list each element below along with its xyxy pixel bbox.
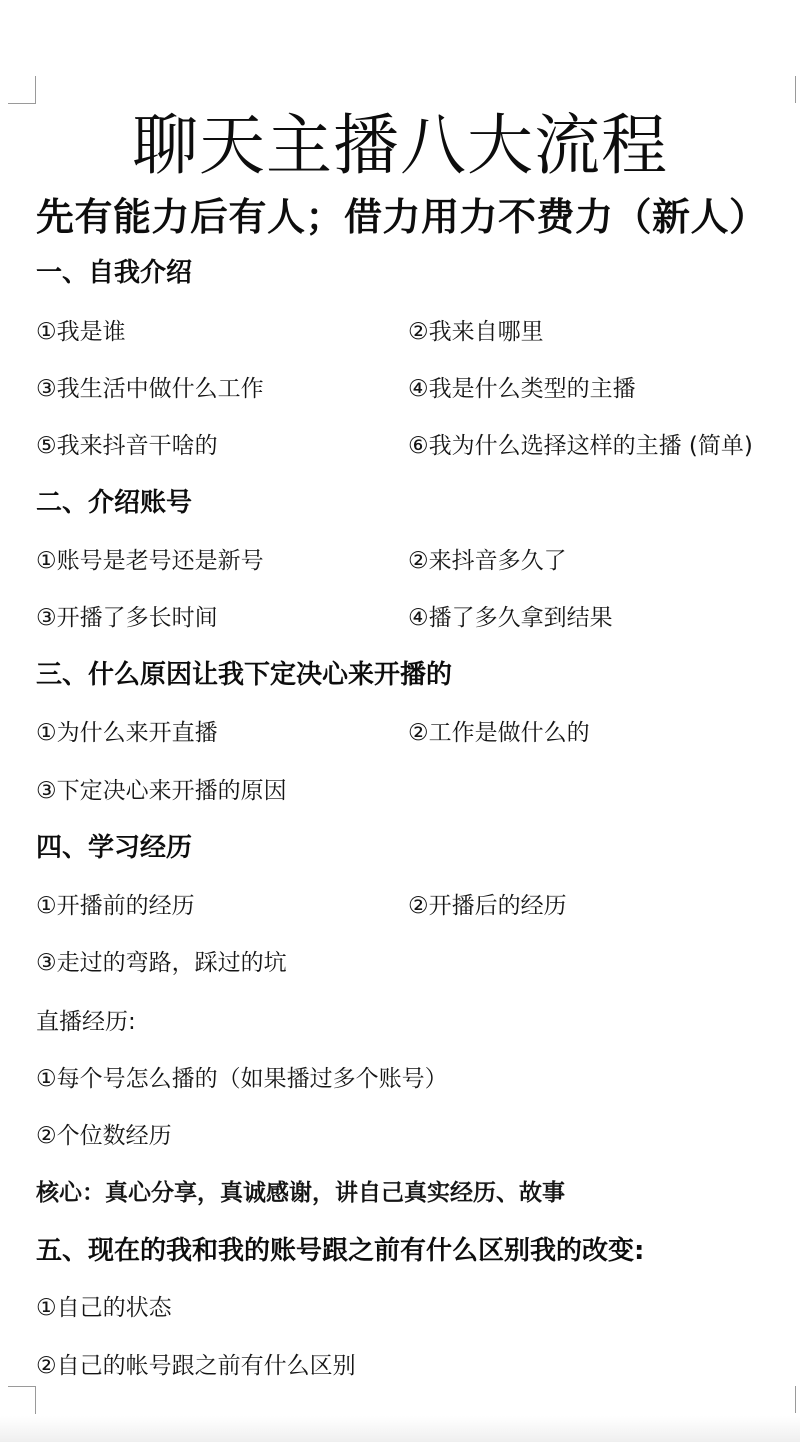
section-heading-5: 五、现在的我和我的账号跟之前有什么区别我的改变: [36,1234,644,1268]
list-item: ①账号是老号还是新号 [36,545,264,577]
section-heading-3: 三、什么原因让我下定决心来开播的 [36,658,452,692]
page-corner-mark-top-left [8,76,36,104]
section-heading-2: 二、介绍账号 [36,486,192,520]
list-item: ②开播后的经历 [408,890,567,922]
list-item: ②个位数经历 [36,1120,172,1152]
list-item: ③开播了多长时间 [36,602,218,634]
list-item: ④播了多久拿到结果 [408,602,613,634]
list-item: ①自己的状态 [36,1292,172,1324]
list-item: ②我来自哪里 [408,316,544,348]
list-item: ③下定决心来开播的原因 [36,775,287,807]
page-corner-mark-bottom-left [8,1386,36,1414]
list-item: ③我生活中做什么工作 [36,373,264,405]
list-item: ②自己的帐号跟之前有什么区别 [36,1350,356,1382]
list-item: ③走过的弯路，踩过的坑 [36,947,287,979]
section-heading-4: 四、学习经历 [36,831,192,865]
page-bottom-shadow [0,1416,800,1442]
list-item: ②来抖音多久了 [408,545,567,577]
sub-label-live-experience: 直播经历: [36,1006,136,1038]
list-item: ⑤我来抖音干啥的 [36,430,218,462]
page-corner-mark-top-right [795,76,800,103]
document-subtitle: 先有能力后有人；借力用力不费力（新人） [36,193,768,241]
core-note: 核心：真心分享，真诚感谢，讲自己真实经历、故事 [36,1177,565,1209]
list-item: ①为什么来开直播 [36,717,218,749]
page-corner-mark-bottom-right [795,1386,800,1413]
list-item: ①每个号怎么播的（如果播过多个账号） [36,1063,448,1095]
list-item: ④我是什么类型的主播 [408,373,636,405]
section-heading-1: 一、自我介绍 [36,256,192,290]
list-item: ①开播前的经历 [36,890,195,922]
list-item: ②工作是做什么的 [408,717,590,749]
list-item: ①我是谁 [36,316,126,348]
list-item: ⑥我为什么选择这样的主播 (简单) [408,430,753,462]
document-title: 聊天主播八大流程 [0,108,800,184]
